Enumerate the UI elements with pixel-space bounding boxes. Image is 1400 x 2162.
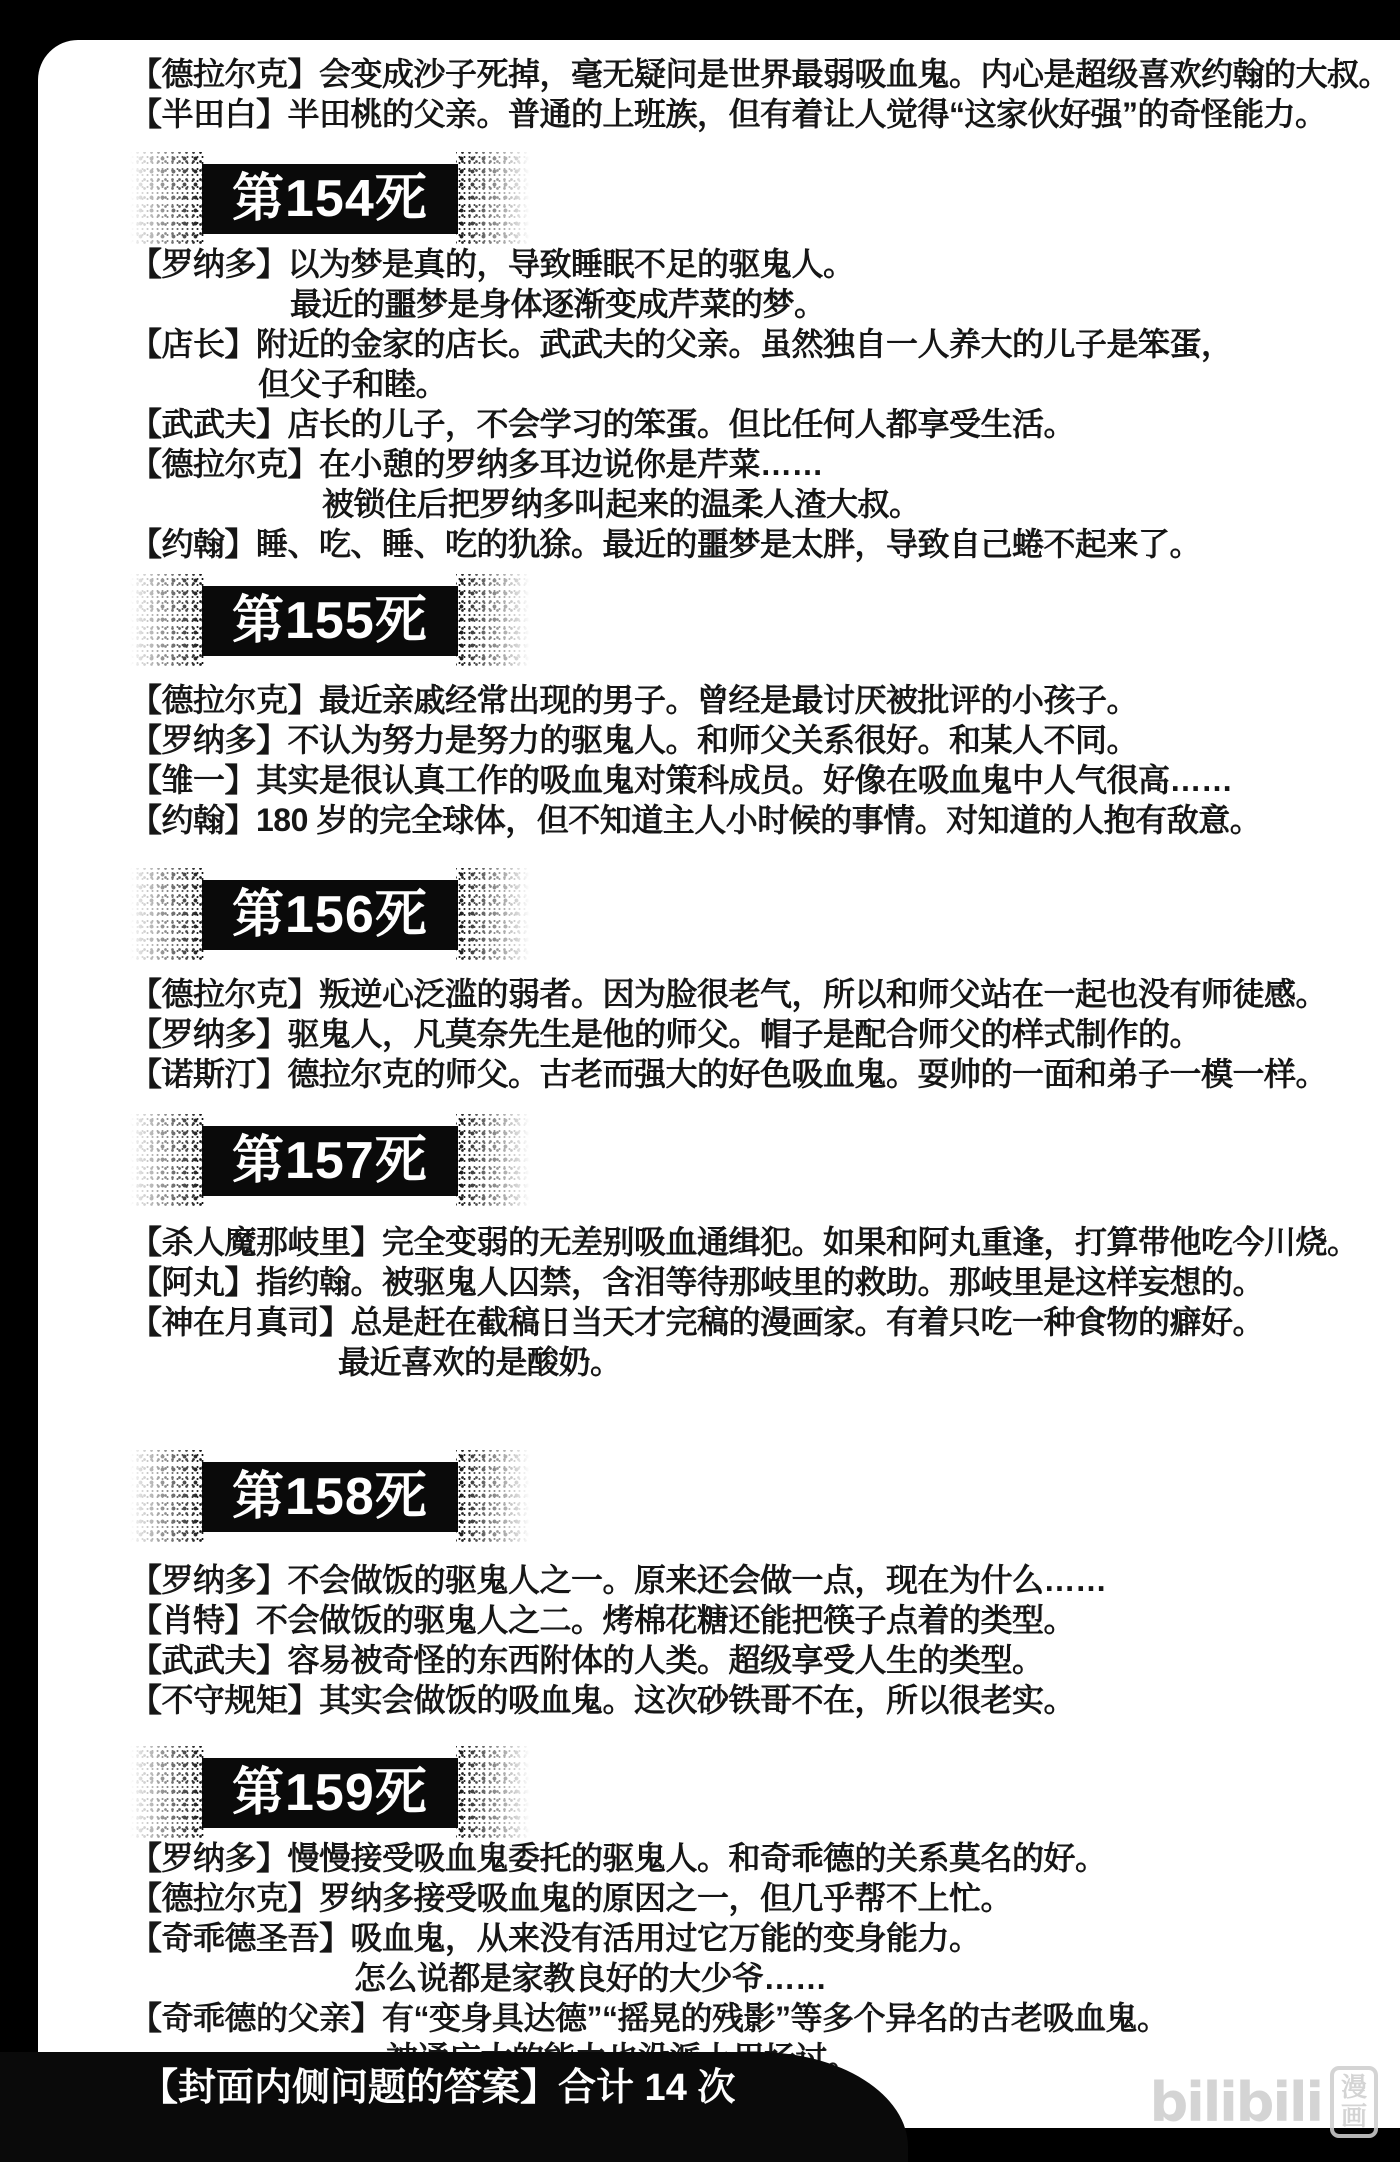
paper: 【德拉尔克】会变成沙子死掉，毫无疑问是世界最弱吸血鬼。内心是超级喜欢约翰的大叔。…: [38, 40, 1400, 2128]
chapter-heading: 第158死: [120, 1462, 1394, 1532]
chapter-heading-label: 第155死: [202, 586, 458, 656]
sections-block: 第154死【罗纳多】以为梦是真的，导致睡眠不足的驱鬼人。最近的噩梦是身体逐渐变成…: [130, 164, 1394, 2078]
entry-line: [130, 1382, 1394, 1422]
entry-line: 【罗纳多】不会做饭的驱鬼人之一。原来还会做一点，现在为什么……: [130, 1560, 1394, 1600]
chapter-section: 第154死【罗纳多】以为梦是真的，导致睡眠不足的驱鬼人。最近的噩梦是身体逐渐变成…: [130, 164, 1394, 564]
entry-line: 【罗纳多】不认为努力是努力的驱鬼人。和师父关系很好。和某人不同。: [130, 720, 1394, 760]
entry-line: 【肖特】不会做饭的驱鬼人之二。烤棉花糖还能把筷子点着的类型。: [130, 1600, 1394, 1640]
entry-lines: 【罗纳多】不会做饭的驱鬼人之一。原来还会做一点，现在为什么……【肖特】不会做饭的…: [130, 1560, 1394, 1720]
entry-lines: 【德拉尔克】叛逆心泛滥的弱者。因为脸很老气，所以和师父站在一起也没有师徒感。【罗…: [130, 974, 1394, 1094]
footer-label: 【封面内侧问题的答案】合计 14 次: [140, 2066, 735, 2110]
entry-line: 怎么说都是家教良好的大少爷……: [354, 1958, 1394, 1998]
content: 【德拉尔克】会变成沙子死掉，毫无疑问是世界最弱吸血鬼。内心是超级喜欢约翰的大叔。…: [38, 40, 1400, 2078]
chapter-section: 第155死【德拉尔克】最近亲戚经常出现的男子。曾经是最讨厌被批评的小孩子。【罗纳…: [130, 586, 1394, 840]
entry-line: 【罗纳多】以为梦是真的，导致睡眠不足的驱鬼人。: [130, 244, 1394, 284]
entry-line: 【不守规矩】其实会做饭的吸血鬼。这次砂铁哥不在，所以很老实。: [130, 1680, 1394, 1720]
chapter-heading: 第155死: [120, 586, 1394, 656]
entry-line: 被锁住后把罗纳多叫起来的温柔人渣大叔。: [322, 484, 1394, 524]
entry-line: 【雏一】其实是很认真工作的吸血鬼对策科成员。好像在吸血鬼中人气很高……: [130, 760, 1394, 800]
intro-line: 【半田白】半田桃的父亲。普通的上班族，但有着让人觉得“这家伙好强”的奇怪能力。: [130, 94, 1394, 134]
entry-line: 【罗纳多】驱鬼人，凡莫奈先生是他的师父。帽子是配合师父的样式制作的。: [130, 1014, 1394, 1054]
entry-line: 【德拉尔克】在小憩的罗纳多耳边说你是芹菜……: [130, 444, 1394, 484]
entry-line: 最近喜欢的是酸奶。: [338, 1342, 1394, 1382]
chapter-section: 第158死【罗纳多】不会做饭的驱鬼人之一。原来还会做一点，现在为什么……【肖特】…: [130, 1462, 1394, 1720]
footer-banner: 【封面内侧问题的答案】合计 14 次: [0, 2052, 908, 2162]
intro-block: 【德拉尔克】会变成沙子死掉，毫无疑问是世界最弱吸血鬼。内心是超级喜欢约翰的大叔。…: [130, 54, 1394, 134]
bilibili-manga-watermark: bilibili 漫画: [1150, 2066, 1378, 2138]
entry-line: 最近的噩梦是身体逐渐变成芹菜的梦。: [290, 284, 1394, 324]
entry-line: 【约翰】180 岁的完全球体，但不知道主人小时候的事情。对知道的人抱有敌意。: [130, 800, 1394, 840]
entry-line: 【德拉尔克】叛逆心泛滥的弱者。因为脸很老气，所以和师父站在一起也没有师徒感。: [130, 974, 1394, 1014]
bilibili-logo-text: bilibili: [1150, 2071, 1322, 2134]
entry-line: 【杀人魔那岐里】完全变弱的无差别吸血通缉犯。如果和阿丸重逢，打算带他吃今川烧。: [130, 1222, 1394, 1262]
chapter-heading-label: 第154死: [202, 164, 458, 234]
manga-info-page: { "colors": { "background": "#000000", "…: [0, 0, 1400, 2162]
entry-line: 【阿丸】指约翰。被驱鬼人囚禁，含泪等待那岐里的救助。那岐里是这样妄想的。: [130, 1262, 1394, 1302]
chapter-heading-label: 第158死: [202, 1462, 458, 1532]
intro-line: 【德拉尔克】会变成沙子死掉，毫无疑问是世界最弱吸血鬼。内心是超级喜欢约翰的大叔。: [130, 54, 1394, 94]
entry-line: 但父子和睦。: [258, 364, 1394, 404]
entry-line: 【德拉尔克】最近亲戚经常出现的男子。曾经是最讨厌被批评的小孩子。: [130, 680, 1394, 720]
chapter-heading: 第157死: [120, 1126, 1394, 1196]
entry-line: 【武武夫】容易被奇怪的东西附体的人类。超级享受人生的类型。: [130, 1640, 1394, 1680]
entry-lines: 【罗纳多】慢慢接受吸血鬼委托的驱鬼人。和奇乖德的关系莫名的好。【德拉尔克】罗纳多…: [130, 1838, 1394, 2078]
entry-lines: 【杀人魔那岐里】完全变弱的无差别吸血通缉犯。如果和阿丸重逢，打算带他吃今川烧。【…: [130, 1222, 1394, 1422]
entry-line: 【约翰】睡、吃、睡、吃的犰狳。最近的噩梦是太胖，导致自己蜷不起来了。: [130, 524, 1394, 564]
entry-line: 【德拉尔克】罗纳多接受吸血鬼的原因之一，但几乎帮不上忙。: [130, 1878, 1394, 1918]
entry-line: 【诺斯汀】德拉尔克的师父。古老而强大的好色吸血鬼。耍帅的一面和弟子一模一样。: [130, 1054, 1394, 1094]
chapter-heading: 第159死: [120, 1758, 1394, 1828]
chapter-section: 第159死【罗纳多】慢慢接受吸血鬼委托的驱鬼人。和奇乖德的关系莫名的好。【德拉尔…: [130, 1758, 1394, 2078]
entry-lines: 【德拉尔克】最近亲戚经常出现的男子。曾经是最讨厌被批评的小孩子。【罗纳多】不认为…: [130, 680, 1394, 840]
entry-lines: 【罗纳多】以为梦是真的，导致睡眠不足的驱鬼人。最近的噩梦是身体逐渐变成芹菜的梦。…: [130, 244, 1394, 564]
chapter-heading-label: 第157死: [202, 1126, 458, 1196]
entry-line: 【店长】附近的金家的店长。武武夫的父亲。虽然独自一人养大的儿子是笨蛋，: [130, 324, 1394, 364]
entry-line: 【神在月真司】总是赶在截稿日当天才完稿的漫画家。有着只吃一种食物的癖好。: [130, 1302, 1394, 1342]
chapter-section: 第157死【杀人魔那岐里】完全变弱的无差别吸血通缉犯。如果和阿丸重逢，打算带他吃…: [130, 1126, 1394, 1422]
chapter-heading: 第154死: [120, 164, 1394, 234]
entry-line: 【奇乖德圣吾】吸血鬼，从来没有活用过它万能的变身能力。: [130, 1918, 1394, 1958]
entry-line: 【罗纳多】慢慢接受吸血鬼委托的驱鬼人。和奇乖德的关系莫名的好。: [130, 1838, 1394, 1878]
chapter-heading: 第156死: [120, 880, 1394, 950]
manga-badge: 漫画: [1330, 2066, 1378, 2138]
chapter-section: 第156死【德拉尔克】叛逆心泛滥的弱者。因为脸很老气，所以和师父站在一起也没有师…: [130, 880, 1394, 1094]
entry-line: 【奇乖德的父亲】有“变身具达德”“摇晃的残影”等多个异名的古老吸血鬼。: [130, 1998, 1394, 2038]
chapter-heading-label: 第156死: [202, 880, 458, 950]
entry-line: 【武武夫】店长的儿子，不会学习的笨蛋。但比任何人都享受生活。: [130, 404, 1394, 444]
chapter-heading-label: 第159死: [202, 1758, 458, 1828]
